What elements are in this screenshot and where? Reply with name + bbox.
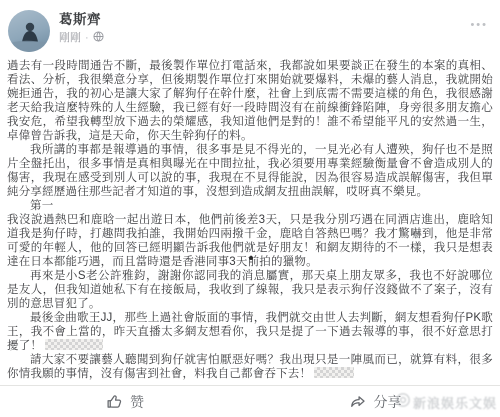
post-body: 過去有一段時間通告不斷，最後製作單位打電話來，我都說如果要談正在發生的本案的真相… [0,56,500,381]
action-bar: 赞 分享 [0,385,500,417]
avatar-photo [8,10,50,52]
globe-icon [93,31,104,45]
separator-dot: · [85,32,89,44]
emphasis-dot [249,256,253,260]
post-paragraph: 最後金曲歌王JJ，那些上過社會版面的事情，我們就交由世人去判斷，網友想看狗仔PK… [7,311,493,353]
like-label: 赞 [130,392,144,412]
post-subline: 剛剛 · [59,31,104,45]
thumbs-up-icon [106,393,123,410]
timestamp[interactable]: 剛剛 [59,32,81,44]
censored-mosaic [45,339,103,350]
post-paragraph: 再來是小S老公許雅鈞，謝謝你認同我的消息屬實，那天桌上朋友眾多，我也不好說哪位是… [7,269,493,311]
header-meta: 葛斯齊 剛剛 · [59,10,104,45]
post-paragraph: 過去有一段時間通告不斷，最後製作單位打電話來，我都說如果要談正在發生的本案的真相… [7,59,493,143]
post-header: 葛斯齊 剛剛 · ••• [0,0,500,56]
share-button[interactable]: 分享 [250,386,500,417]
post-paragraph: 第一 [7,199,493,213]
author-name[interactable]: 葛斯齊 [59,12,104,27]
facebook-post-card: 葛斯齊 剛剛 · ••• 過去有一段時間通告不斷，最後製作單位打電話來，我都說如… [0,0,500,417]
post-paragraph: 請大家不要讓藝人聽聞到狗仔就害怕厭惡好嗎？我出現只是一陣風而已，就算有料，很多你… [7,353,493,381]
post-paragraph: 我沒說過熱巴和鹿晗一起出遊日本，他們前後差3天，只是我分別巧遇在同酒店進出，鹿晗… [7,213,493,269]
post-paragraph: 我所講的事都是報導過的事情，很多事是見不得光的，一見光必有人遭殃，狗仔也不是照片… [7,143,493,199]
censored-mosaic [314,367,354,378]
share-arrow-icon [349,393,367,410]
like-button[interactable]: 赞 [0,386,250,417]
share-label: 分享 [374,392,402,412]
post-options-menu[interactable]: ••• [470,20,488,30]
avatar[interactable] [8,10,50,52]
